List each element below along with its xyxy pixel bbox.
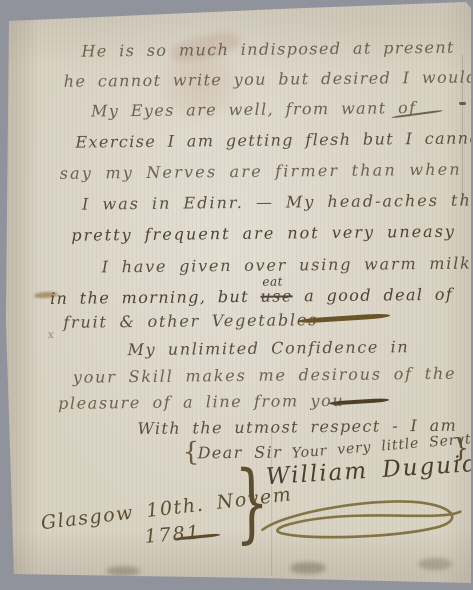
letter-line: My Eyes are well, from want of [91,98,417,120]
brace-mark: } [452,434,470,464]
letter-line: your Skill makes me desirous of the [73,364,457,387]
letter-line: With the utmost respect - I am [137,416,457,438]
amended-line-pre: in the morning, but [50,287,261,308]
letter-line: He is so much indisposed at present [81,38,455,61]
letter-line: he cannot write you but desired I would [64,67,473,90]
letter-line: pretty frequent are not very uneasy [71,222,456,245]
inserted-word: eat [262,275,283,289]
letter-line: I have given over using warm milk [102,254,472,277]
letter-sheet: x He is so much indisposed at present he… [0,0,473,590]
letter-line: pleasure of a line from you — [58,391,374,413]
letter-line-with-amendment: in the morning, but useeat a good deal o… [50,285,453,308]
signature-flourish [252,490,469,550]
letter-line: My unlimited Confidence in [127,337,409,359]
letter-line: I was in Edinr. — My head-aches tho' [82,190,473,213]
letter-line: fruit & other Vegetables [63,310,318,332]
letter-handwriting: He is so much indisposed at present he c… [0,0,473,590]
dateline-year: 1781 [144,521,202,547]
scanned-letter-page: { "document_type": "handwritten letter (… [0,0,473,590]
letter-line: Exercise I am getting flesh but I cannot [75,128,473,151]
amendment: useeat [260,286,292,305]
brace-mark: { [182,437,200,467]
struck-word: use [260,286,292,305]
amended-line-post: a good deal of [293,285,454,306]
letter-line: say my Nerves are firmer than when [60,160,462,183]
